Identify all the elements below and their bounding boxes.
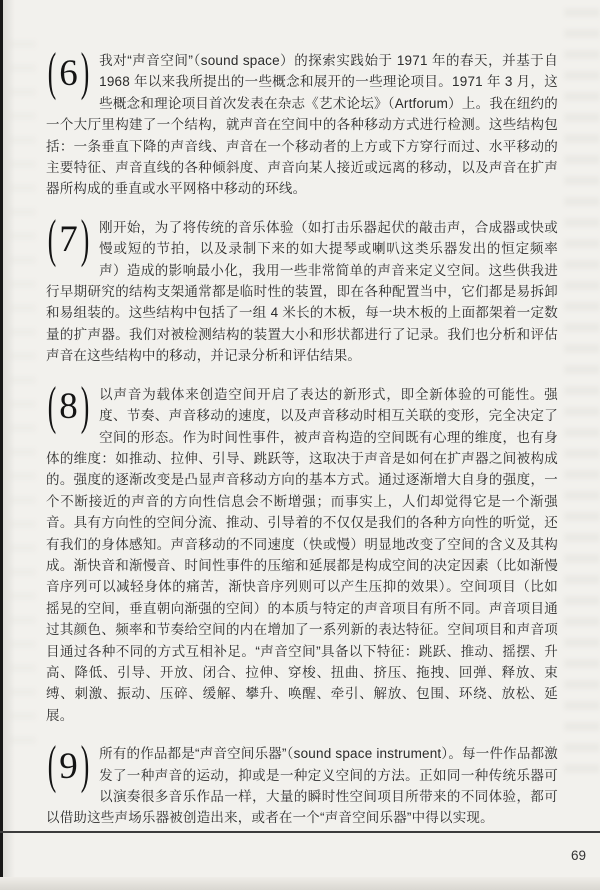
paren-open: ( xyxy=(48,740,57,793)
paragraph-number-9: ( 9 ) xyxy=(46,746,91,786)
paren-close: ) xyxy=(81,47,90,100)
paragraph-9: ( 9 ) 所有的作品都是“声音空间乐器”（sound space instru… xyxy=(46,743,558,829)
paragraph-text: 我对“声音空间”（sound space）的探索实践始于 1971 年的春天，并… xyxy=(46,53,558,196)
paragraph-text: 所有的作品都是“声音空间乐器”（sound space instrument）。… xyxy=(46,746,558,825)
paragraph-digit: 7 xyxy=(58,221,79,258)
paren-close: ) xyxy=(81,214,90,267)
text-block: ( 6 ) 我对“声音空间”（sound space）的探索实践始于 1971 … xyxy=(46,50,558,846)
paragraph-number-6: ( 6 ) xyxy=(46,53,91,93)
paragraph-digit: 8 xyxy=(58,388,79,425)
paren-open: ( xyxy=(48,47,57,100)
gutter-shadow xyxy=(3,0,15,890)
paragraph-8: ( 8 ) 以声音为载体来创造空间开启了表达的新形式，即全新体验的可能性。强度、… xyxy=(46,384,558,727)
paren-close: ) xyxy=(81,740,90,793)
footer-rule xyxy=(0,831,600,833)
paragraph-text: 以声音为载体来创造空间开启了表达的新形式，即全新体验的可能性。强度、节奏、声音移… xyxy=(46,387,558,723)
paragraph-digit: 9 xyxy=(58,748,79,785)
scan-bottom-edge xyxy=(0,877,600,890)
book-page: ( 6 ) 我对“声音空间”（sound space）的探索实践始于 1971 … xyxy=(0,0,600,890)
paren-open: ( xyxy=(48,380,57,433)
paragraph-6: ( 6 ) 我对“声音空间”（sound space）的探索实践始于 1971 … xyxy=(46,50,558,200)
paren-open: ( xyxy=(48,214,57,267)
paragraph-digit: 6 xyxy=(58,55,79,92)
page-number: 69 xyxy=(571,848,586,863)
paragraph-number-8: ( 8 ) xyxy=(46,387,91,427)
paragraph-7: ( 7 ) 刚开始，为了将传统的音乐体验（如打击乐器起伏的敲击声，合成器或快或慢… xyxy=(46,217,558,367)
paragraph-text: 刚开始，为了将传统的音乐体验（如打击乐器起伏的敲击声，合成器或快或慢或短的节拍，… xyxy=(46,220,558,363)
paren-close: ) xyxy=(81,380,90,433)
showthrough-right-margin xyxy=(564,8,600,778)
paragraph-number-7: ( 7 ) xyxy=(46,220,91,260)
